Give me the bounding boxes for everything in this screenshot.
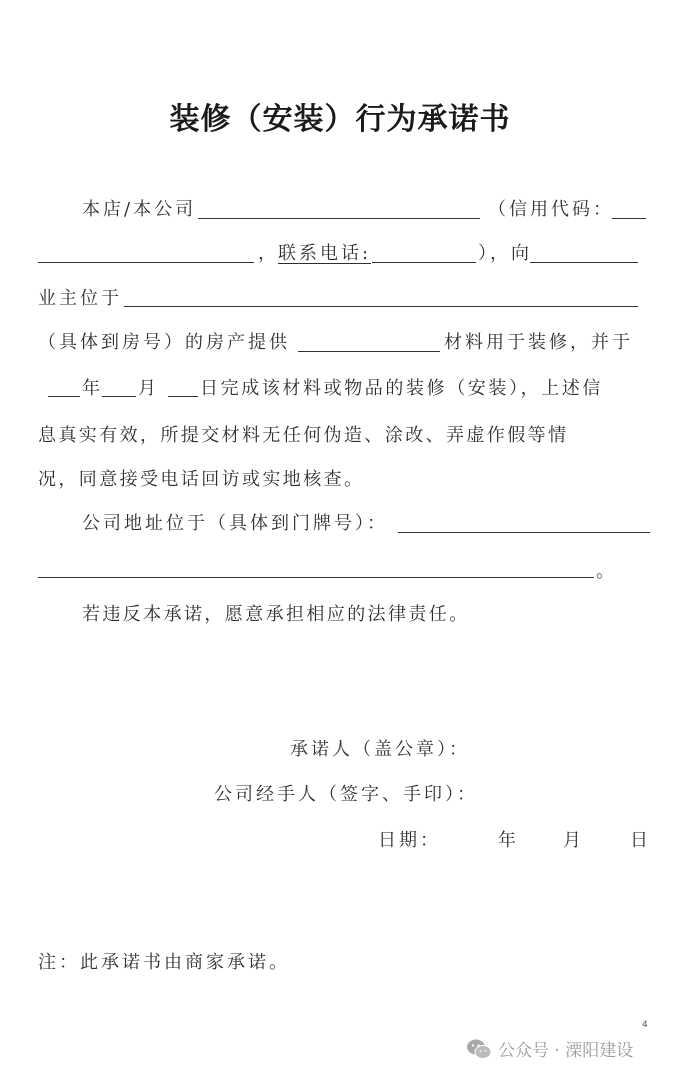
verification-text: 况，同意接受电话回访或实地核查。	[38, 468, 364, 492]
year-blank	[48, 396, 80, 397]
company-address-blank-start	[398, 532, 650, 533]
to-label: ），向	[478, 242, 532, 266]
watermark-text: 公众号 · 溧阳建设	[498, 1036, 633, 1061]
comma: ，	[258, 242, 279, 266]
owner-address-blank	[124, 306, 638, 307]
footnote: 注：此承诺书由商家承诺。	[38, 948, 290, 974]
promisor-seal-label: 承诺人（盖公章）：	[290, 738, 470, 762]
document-title: 装修（安装）行为承诺书	[0, 94, 680, 138]
material-usage-label: 材料用于装修，并于	[444, 331, 633, 355]
credit-code-blank-end	[38, 262, 254, 263]
company-name-blank	[198, 218, 480, 219]
authenticity-text: 息真实有效，所提交材料无任何伪造、涂改、弄虚作假等情	[38, 424, 568, 448]
date-year-label: 年	[498, 829, 519, 853]
date-month-label: 月	[563, 829, 584, 853]
property-provide-label: （具体到房号）的房产提供	[38, 331, 290, 355]
credit-code-blank-start	[612, 218, 646, 219]
completion-text: 日完成该材料或物品的装修（安装），上述信	[200, 377, 603, 401]
company-address-blank-end	[38, 577, 594, 578]
watermark: 公众号 · 溧阳建设	[466, 1036, 633, 1061]
page-number: 4	[642, 1020, 648, 1030]
company-address-label: 公司地址位于（具体到门牌号）：	[82, 512, 388, 536]
month-blank	[102, 396, 136, 397]
year-label: 年	[82, 377, 103, 401]
wechat-icon	[466, 1039, 492, 1059]
owner-located-label: 业主位于	[38, 287, 122, 311]
company-handler-label: 公司经手人（签字、手印）：	[214, 783, 478, 807]
day-blank	[168, 396, 198, 397]
date-label: 日期：	[378, 829, 441, 853]
phone-blank	[372, 262, 476, 263]
owner-name-blank	[530, 262, 638, 263]
legal-liability-text: 若违反本承诺，愿意承担相应的法律责任。	[82, 603, 470, 627]
phone-label: 联系电话:	[278, 242, 371, 266]
credit-code-label: （信用代码：	[488, 198, 614, 222]
date-day-label: 日	[630, 829, 651, 853]
period: 。	[596, 560, 617, 584]
store-company-label: 本店/本公司	[82, 198, 196, 222]
month-label: 月	[138, 377, 159, 401]
material-blank	[298, 351, 440, 352]
